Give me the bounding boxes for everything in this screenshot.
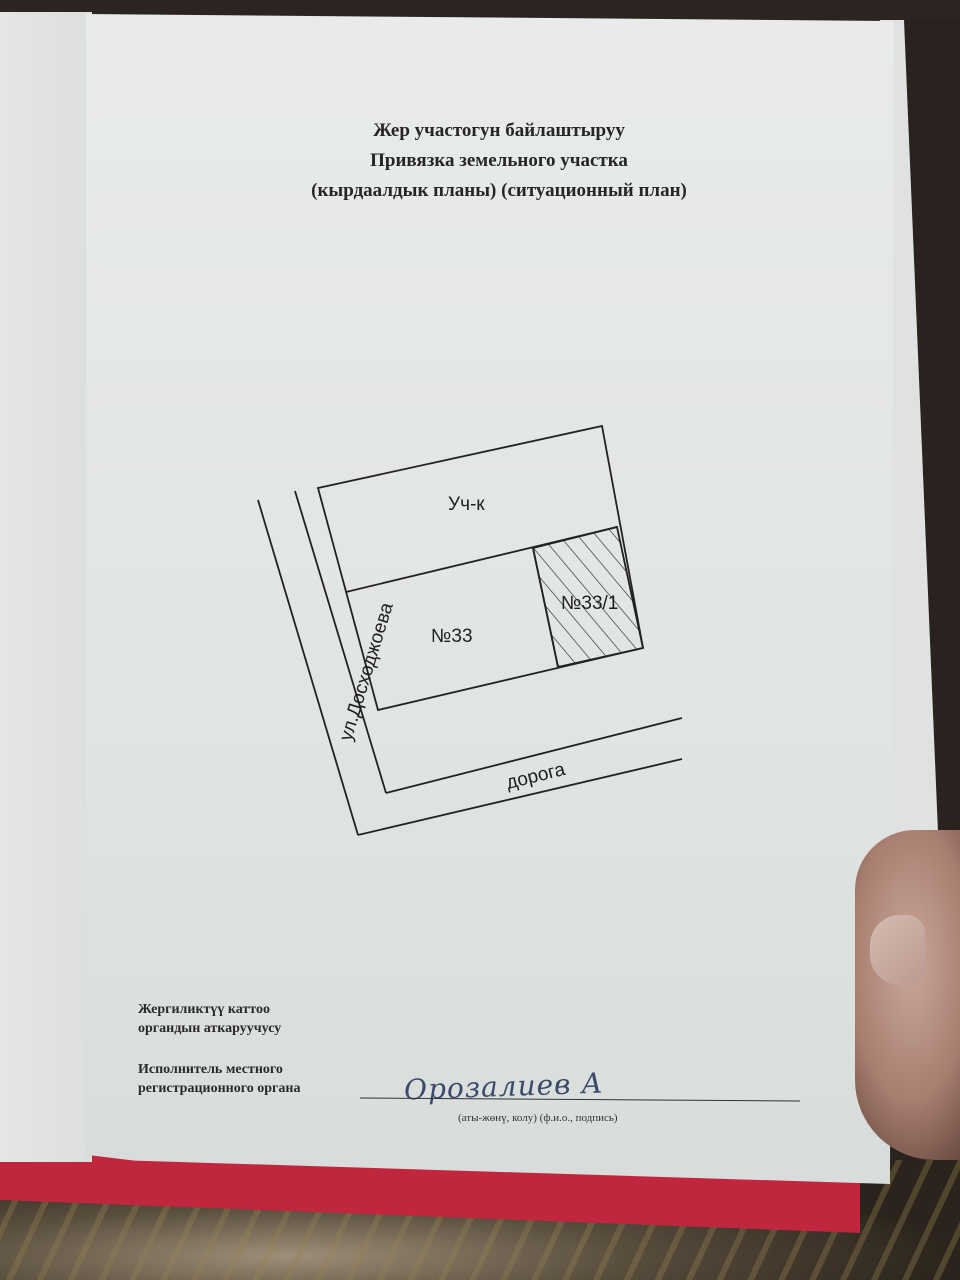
label-no33: №33 <box>431 626 473 647</box>
label-uchastok: Уч-к <box>448 494 485 515</box>
label-no33-1: №33/1 <box>561 593 618 614</box>
label-street: ул.Досходжоева <box>336 600 398 744</box>
signature-caption: (аты-жөнү, колу) (ф.и.о., подпись) <box>458 1112 618 1124</box>
kg-executor-label: Жергиликтүү каттоо органдын аткаруучусу <box>138 1000 838 1038</box>
handwritten-signature: Орозалиев А <box>403 1067 604 1107</box>
street-outer-line <box>258 500 358 835</box>
